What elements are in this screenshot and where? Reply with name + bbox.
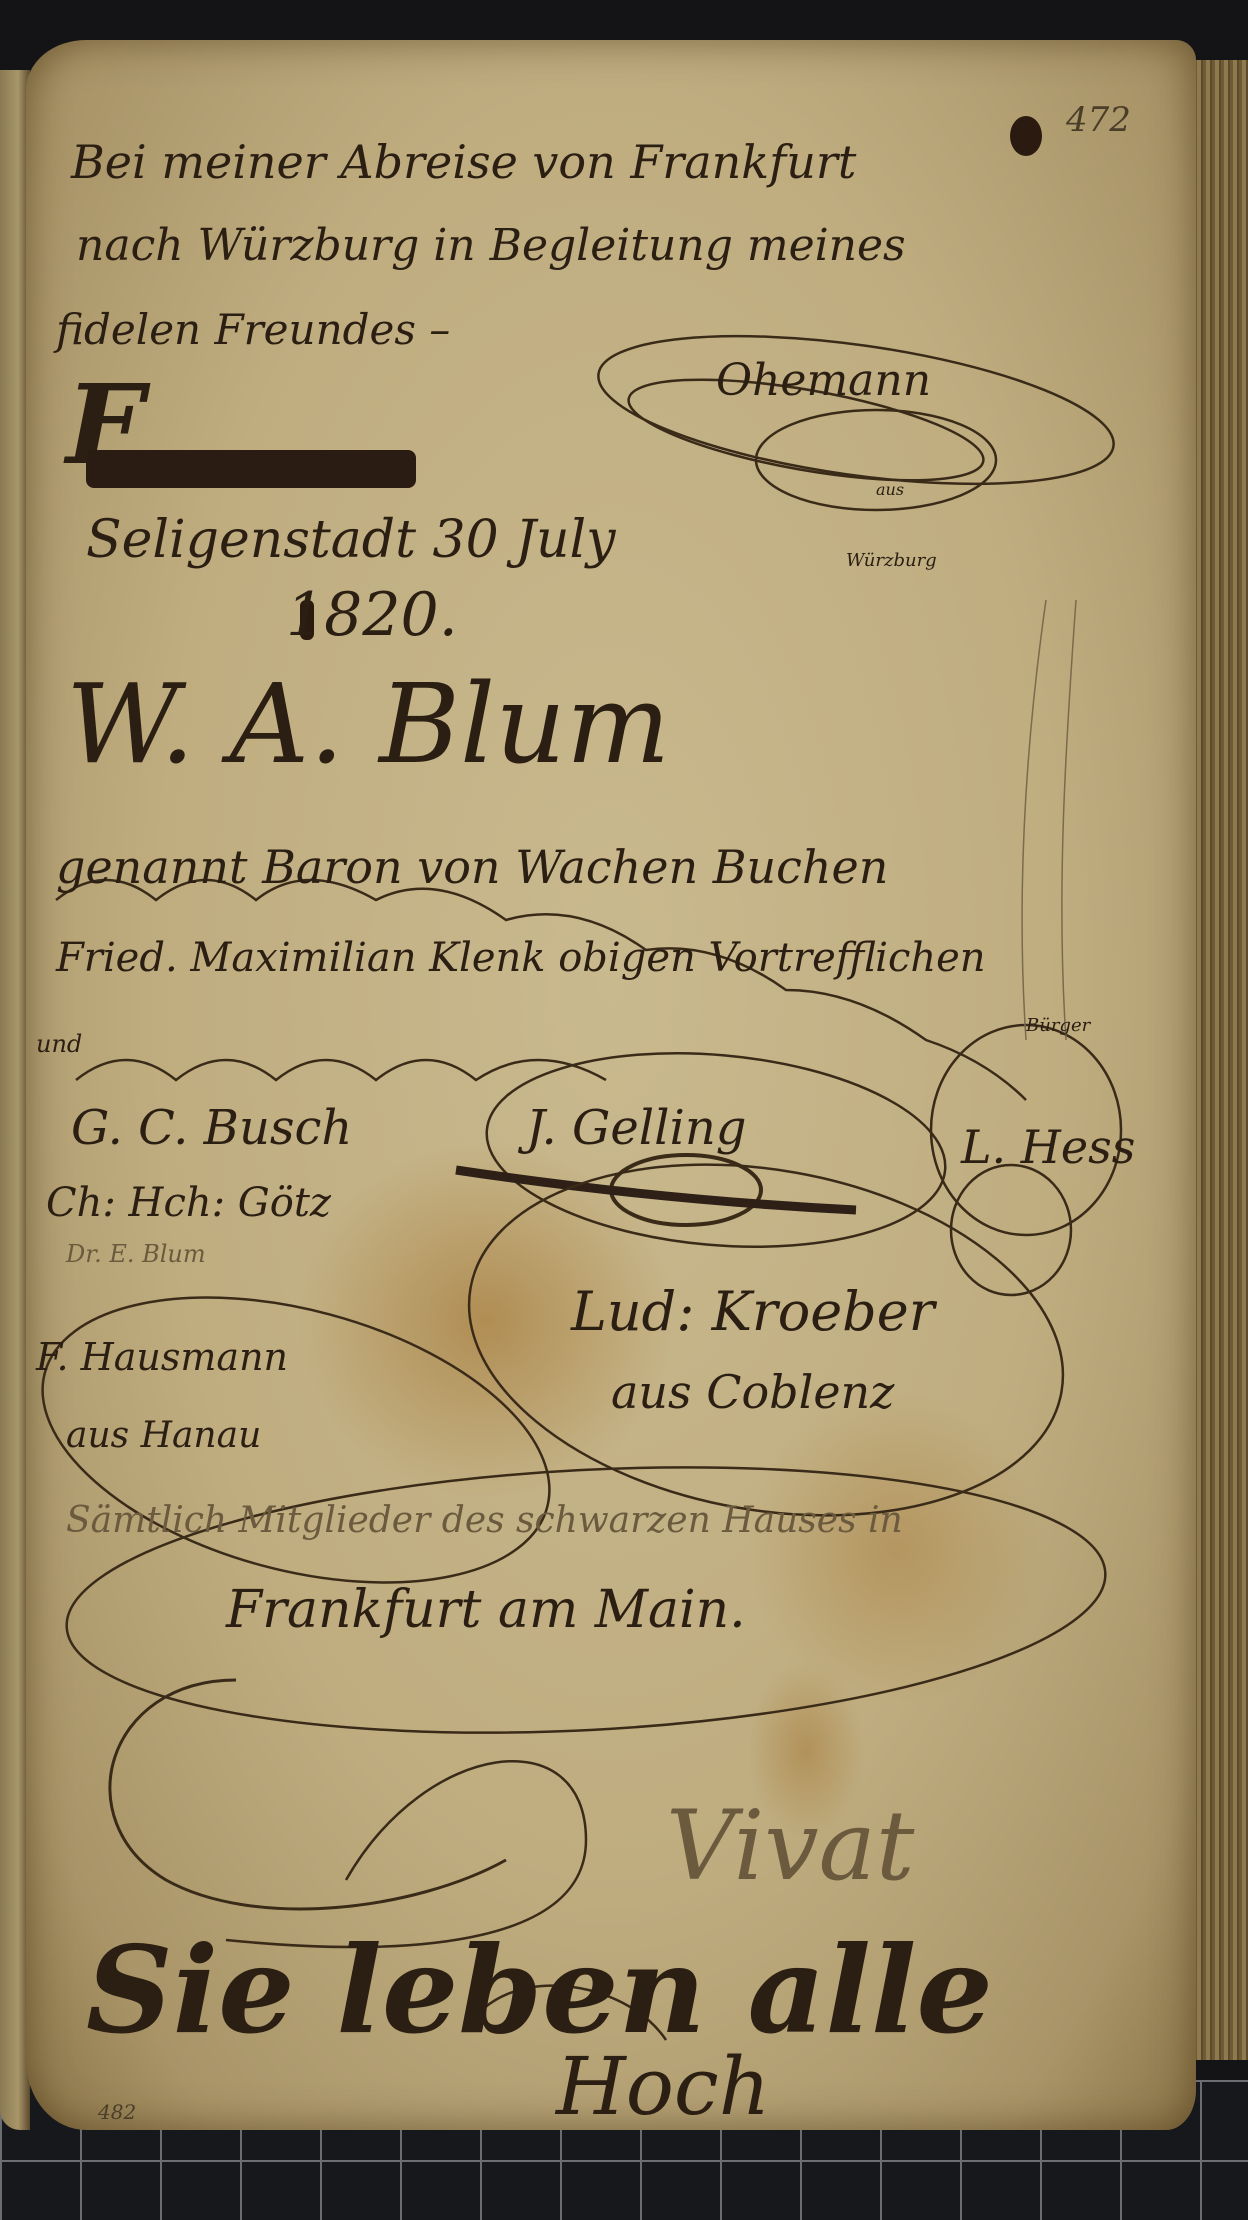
members-line-2: Frankfurt am Main. [226,1580,746,1640]
vivat-word: Vivat [666,1790,914,1902]
hess-signature: L. Hess [961,1120,1135,1174]
hausmann-line-1: F. Hausmann [36,1335,288,1379]
page-number-bottom: 482 [98,2100,136,2124]
klenk-note: Bürger [1026,1015,1090,1036]
dedication-line-1: Bei meiner Abreise von Frankfurt [71,135,856,189]
kroeber-line-2: aus Coblenz [611,1365,894,1419]
ohemann-place: Würzburg [846,550,937,571]
und-word: und [36,1030,82,1058]
blum-dr-signature: Dr. E. Blum [66,1240,206,1268]
dedication-line-3: fidelen Freundes – [56,305,450,354]
members-line-1: Sämtlich Mitglieder des schwarzen Hauses… [66,1500,903,1541]
ohemann-name: Ohemann [716,355,931,406]
motto-line: Sie leben alle [86,1920,993,2061]
manuscript-page: 472 Bei meiner Abreise von Frankfurt nac… [26,40,1196,2130]
signature-blum: W. A. Blum [66,660,670,788]
hoch-word: Hoch [556,2040,770,2133]
kroeber-line-1: Lud: Kroeber [571,1280,935,1343]
strikethrough-bar [86,450,416,488]
ink-blot [1010,116,1042,156]
klenk-signature: Fried. Maximilian Klenk obigen Vortreffl… [56,935,986,981]
busch-signature: G. C. Busch [71,1100,352,1156]
page-number-top: 472 [1066,100,1131,140]
place-date: Seligenstadt 30 July [86,510,616,570]
goetz-signature: Ch: Hch: Götz [46,1180,331,1226]
hausmann-line-2: aus Hanau [66,1415,261,1456]
dedication-line-2: nach Würzburg in Begleitung meines [76,220,906,271]
ohemann-aus: aus [876,480,904,499]
gelling-signature: J. Gelling [526,1100,746,1156]
nickname-line: genannt Baron von Wachen Buchen [56,840,888,894]
year: 1820. [286,580,458,650]
